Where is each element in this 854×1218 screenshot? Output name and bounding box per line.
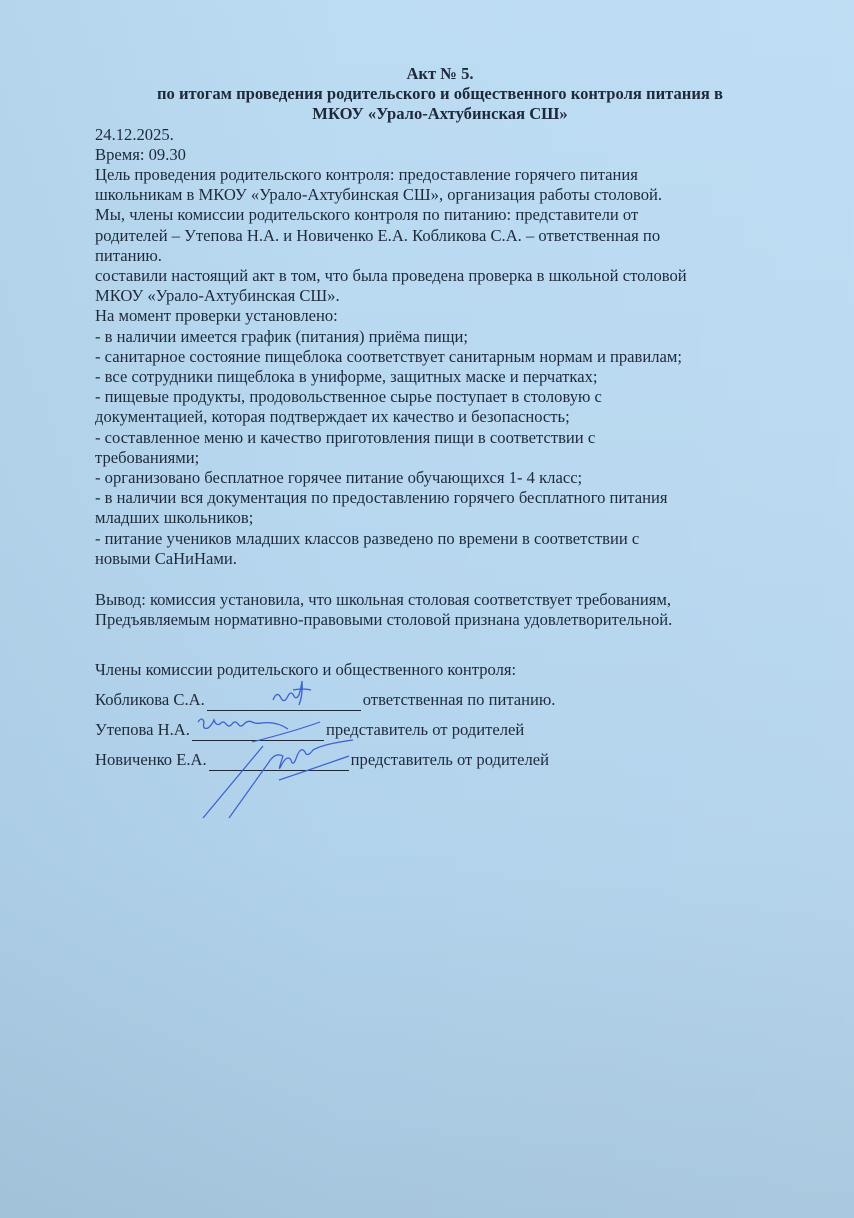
act-time: Время: 09.30	[95, 145, 785, 165]
finding-item: - пищевые продукты, продовольственное сы…	[95, 387, 785, 407]
signer-name: Кобликова С.А.	[95, 690, 205, 710]
finding-item: документацией, которая подтверждает их к…	[95, 407, 785, 427]
finding-item: - организовано бесплатное горячее питани…	[95, 468, 785, 488]
act-body: Цель проведения родительского контроля: …	[95, 165, 785, 569]
handwritten-signature-icon	[209, 740, 349, 820]
body-line: Мы, члены комиссии родительского контрол…	[95, 205, 785, 225]
body-line: родителей – Утепова Н.А. и Новиченко Е.А…	[95, 226, 785, 246]
signatures-heading: Члены комиссии родительского и обществен…	[95, 660, 785, 680]
body-line: Цель проведения родительского контроля: …	[95, 165, 785, 185]
finding-item: - санитарное состояние пищеблока соответ…	[95, 347, 785, 367]
finding-item: - в наличии имеется график (питания) при…	[95, 327, 785, 347]
finding-item: младших школьников;	[95, 508, 785, 528]
act-document: Акт № 5. по итогам проведения родительск…	[95, 64, 785, 771]
signature-line	[192, 724, 324, 741]
signature-row-koblikova: Кобликова С.А. ответственная по питанию.	[95, 681, 785, 711]
body-line: питанию.	[95, 246, 785, 266]
finding-item: новыми СаНиНами.	[95, 549, 785, 569]
signer-role: ответственная по питанию.	[363, 690, 556, 710]
handwritten-signature-icon	[192, 708, 324, 744]
act-date: 24.12.2025.	[95, 125, 785, 145]
body-line: составили настоящий акт в том, что была …	[95, 266, 785, 286]
conclusion-line: Предъявляемым нормативно-правовыми столо…	[95, 610, 785, 630]
conclusion-line: Вывод: комиссия установила, что школьная…	[95, 590, 785, 610]
document-title: Акт № 5. по итогам проведения родительск…	[95, 64, 785, 125]
signature-row-novichenko: Новиченко Е.А. представитель от родителе…	[95, 741, 785, 771]
signer-name: Новиченко Е.А.	[95, 750, 207, 770]
signer-role: представитель от родителей	[326, 720, 524, 740]
act-number: Акт № 5.	[95, 64, 785, 84]
signer-name: Утепова Н.А.	[95, 720, 190, 740]
title-line-1: по итогам проведения родительского и общ…	[95, 84, 785, 104]
finding-item: - составленное меню и качество приготовл…	[95, 428, 785, 448]
body-line: На момент проверки установлено:	[95, 306, 785, 326]
finding-item: требованиями;	[95, 448, 785, 468]
title-line-2: МКОУ «Урало-Ахтубинская СШ»	[95, 104, 785, 124]
signer-role: представитель от родителей	[351, 750, 549, 770]
finding-item: - в наличии вся документация по предоста…	[95, 488, 785, 508]
conclusion: Вывод: комиссия установила, что школьная…	[95, 590, 785, 630]
signature-line	[209, 754, 349, 771]
finding-item: - все сотрудники пищеблока в униформе, з…	[95, 367, 785, 387]
body-line: МКОУ «Урало-Ахтубинская СШ».	[95, 286, 785, 306]
body-line: школьникам в МКОУ «Урало-Ахтубинская СШ»…	[95, 185, 785, 205]
signature-row-utepova: Утепова Н.А. представитель от родителей	[95, 711, 785, 741]
finding-item: - питание учеников младших классов разве…	[95, 529, 785, 549]
signatures-block: Члены комиссии родительского и обществен…	[95, 660, 785, 770]
